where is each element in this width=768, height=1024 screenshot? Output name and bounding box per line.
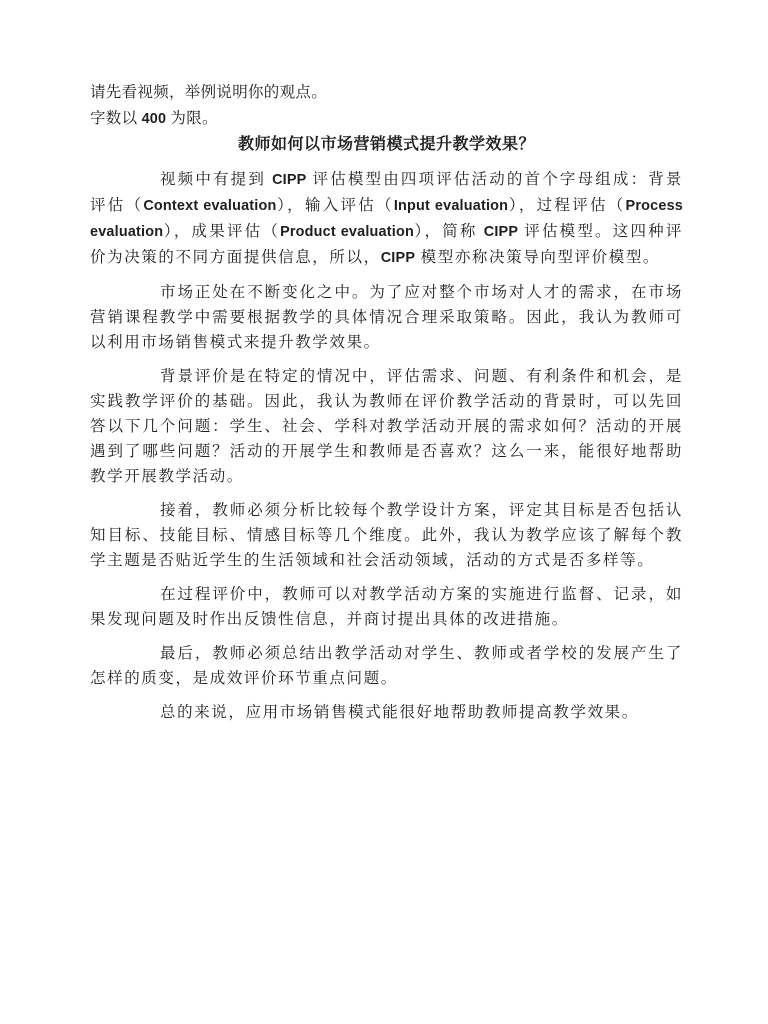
essay-paragraph: 接着，教师必须分析比较每个教学设计方案，评定其目标是否包括认知目标、技能目标、情…	[90, 498, 683, 573]
essay-paragraph: 最后，教师必须总结出教学活动对学生、教师或者学校的发展产生了怎样的质变，是成效评…	[90, 641, 683, 691]
latin-text: Product evaluation	[280, 224, 414, 240]
essay-title: 教师如何以市场营销模式提升教学效果？	[90, 132, 683, 158]
latin-text: 400	[142, 111, 167, 127]
document-content: 请先看视频，举例说明你的观点。字数以 400 为限。 教师如何以市场营销模式提升…	[0, 0, 768, 725]
essay-body: 视频中有提到 CIPP 评估模型由四项评估活动的首个字母组成：背景评估（Cont…	[90, 167, 683, 725]
latin-text: CIPP	[272, 172, 306, 188]
instruction-line: 字数以 400 为限。	[90, 106, 683, 132]
essay-paragraph: 视频中有提到 CIPP 评估模型由四项评估活动的首个字母组成：背景评估（Cont…	[90, 167, 683, 271]
latin-text: Context evaluation	[143, 198, 276, 214]
essay-paragraph: 在过程评价中，教师可以对教学活动方案的实施进行监督、记录，如果发现问题及时作出反…	[90, 582, 683, 632]
latin-text: Input evaluation	[394, 198, 508, 214]
essay-paragraph: 市场正处在不断变化之中。为了应对整个市场对人才的需求，在市场营销课程教学中需要根…	[90, 280, 683, 355]
essay-paragraph: 总的来说，应用市场销售模式能很好地帮助教师提高教学效果。	[90, 700, 683, 725]
latin-text: CIPP	[381, 250, 415, 266]
document-page: 请先看视频，举例说明你的观点。字数以 400 为限。 教师如何以市场营销模式提升…	[0, 0, 768, 1024]
instruction-lines: 请先看视频，举例说明你的观点。字数以 400 为限。	[90, 80, 683, 132]
essay-paragraph: 背景评价是在特定的情况中，评估需求、问题、有利条件和机会，是实践教学评价的基础。…	[90, 364, 683, 489]
latin-text: CIPP	[484, 224, 518, 240]
instruction-line: 请先看视频，举例说明你的观点。	[90, 80, 683, 106]
